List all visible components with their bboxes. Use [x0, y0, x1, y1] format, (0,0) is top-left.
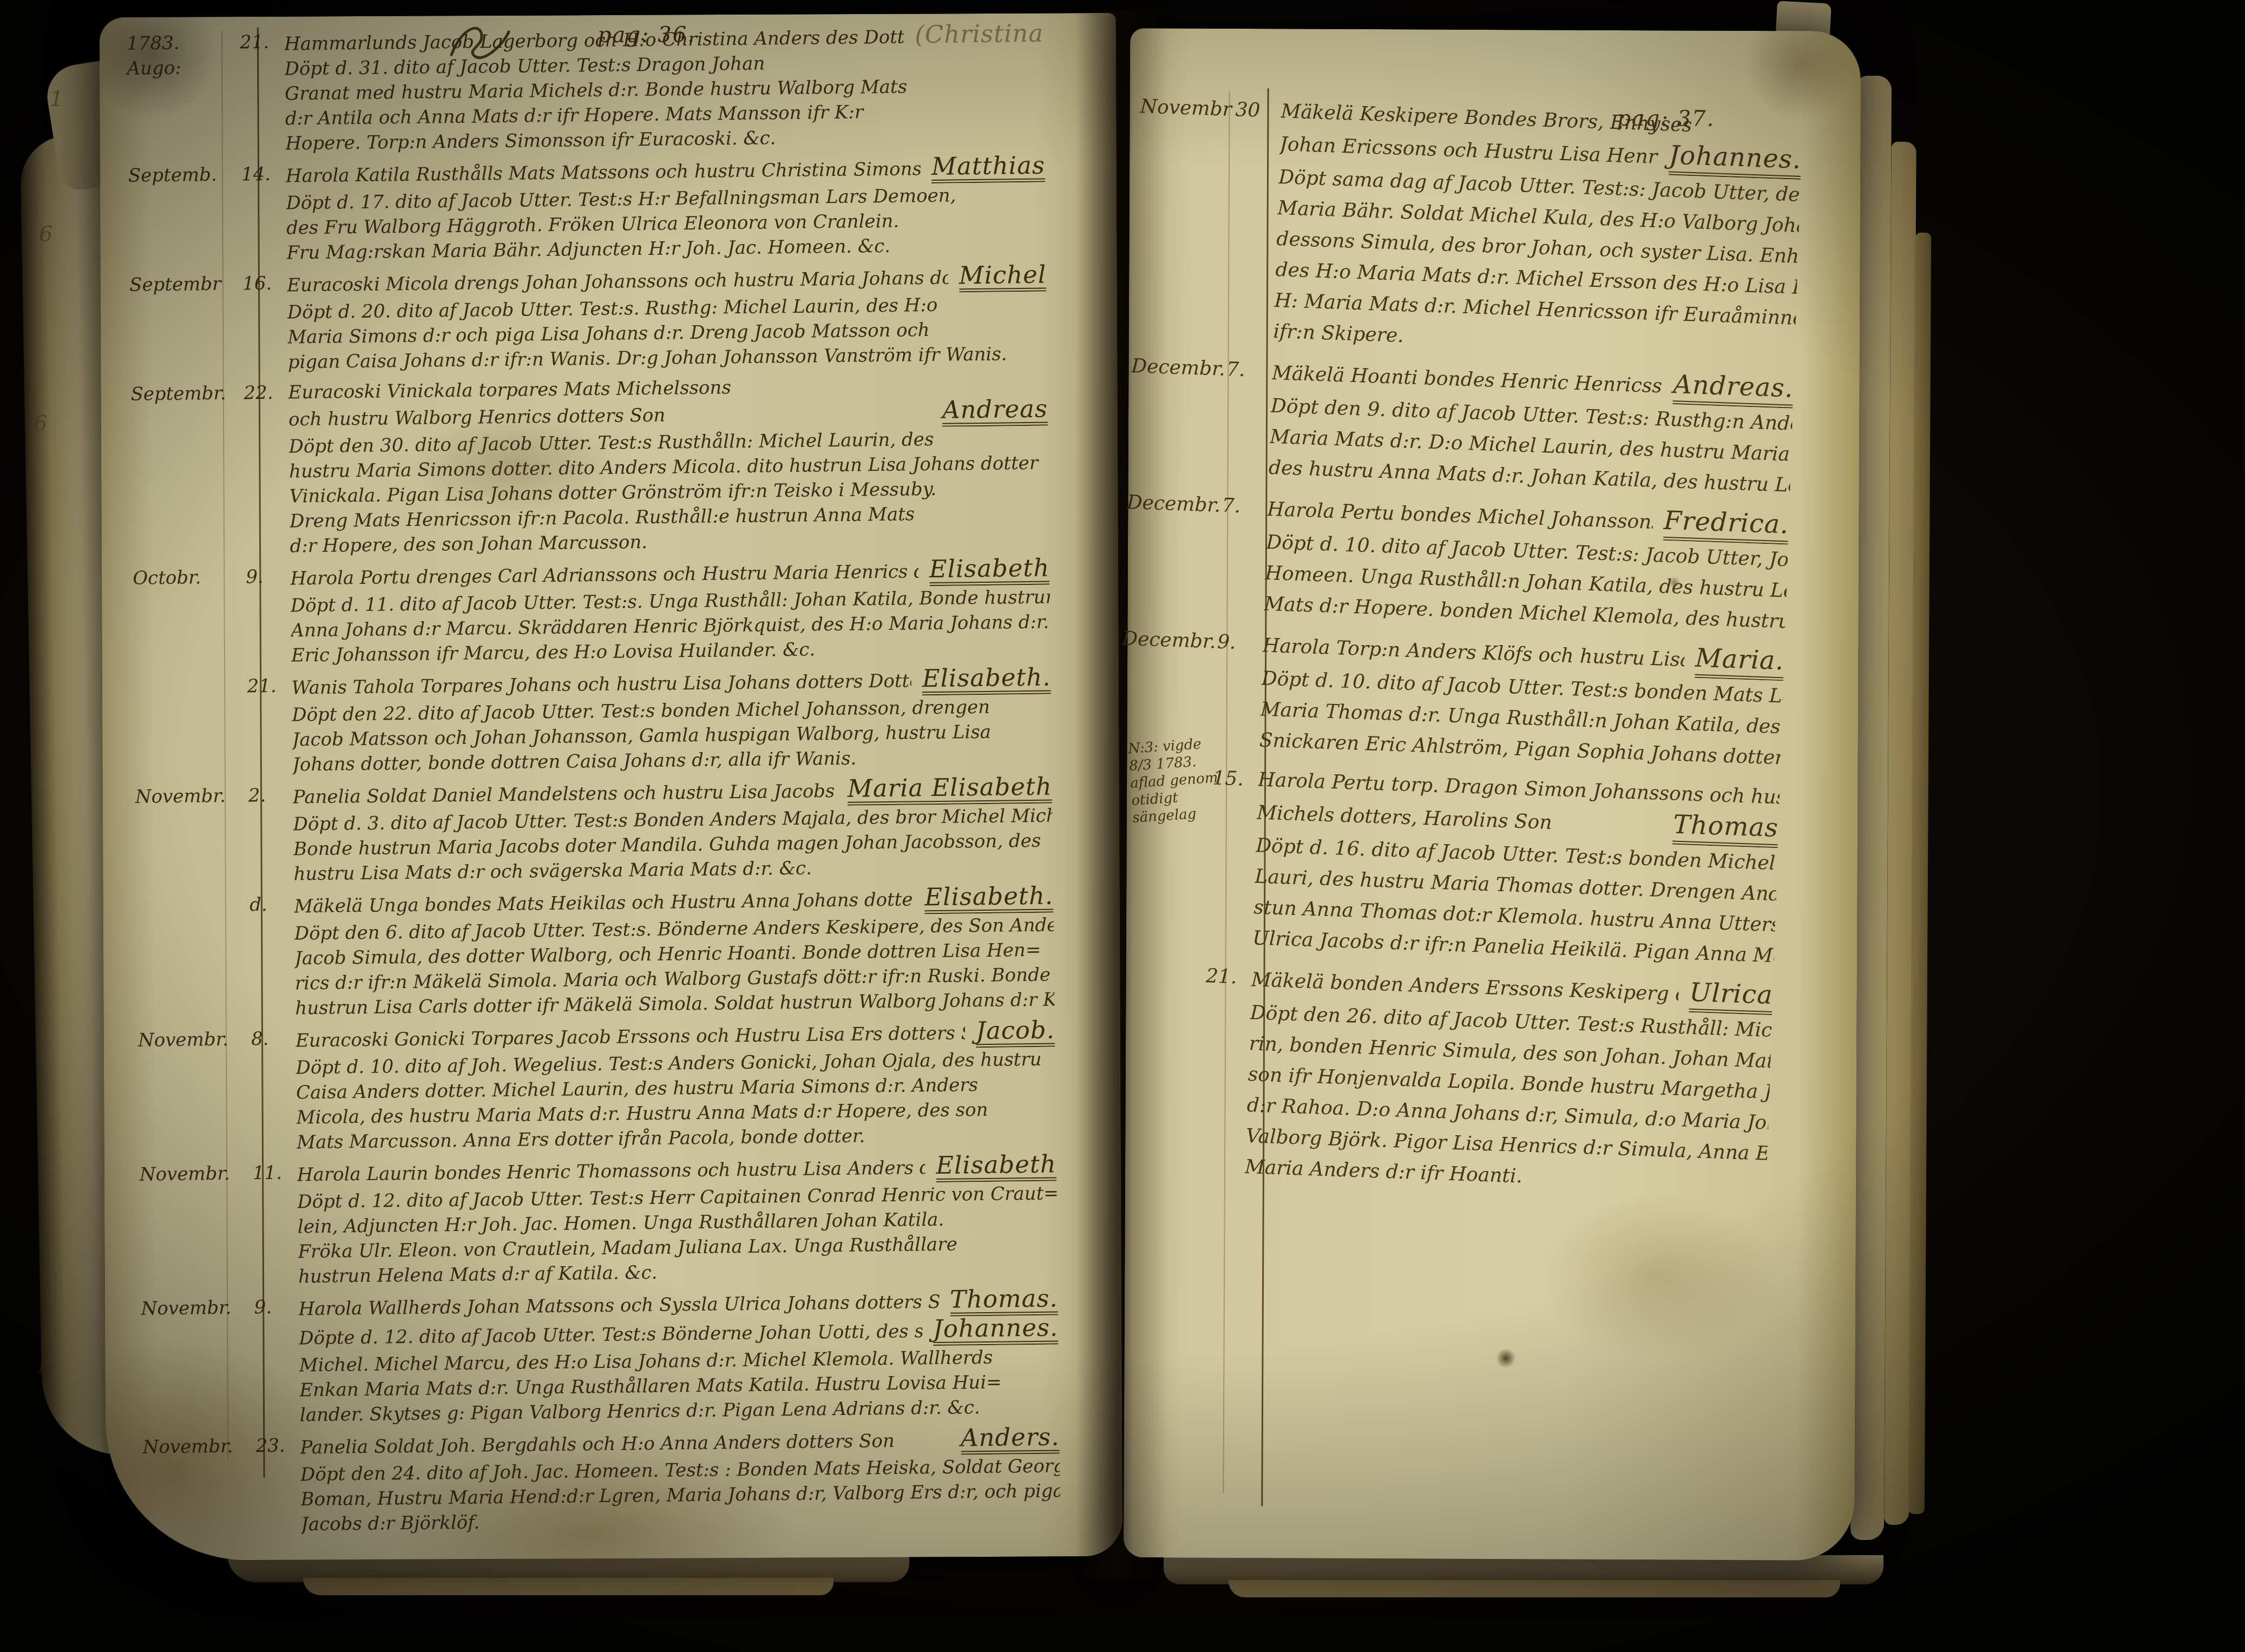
- child-name: Fredrica.: [1663, 505, 1789, 545]
- edge-mark: 6: [39, 222, 52, 247]
- entry-day: 2.: [248, 783, 288, 887]
- edge-mark: L: [38, 1353, 52, 1378]
- child-name: Anders.: [961, 1424, 1060, 1454]
- entry-line-text: Harola Laurin bondes Henric Thomassons o…: [297, 1155, 925, 1187]
- register-entry: 1783. Augo: 21. Hammarlunds Jacob Lagerb…: [123, 21, 1045, 158]
- entry-month: Septemb.: [125, 162, 237, 267]
- entry-text: Mäkelä Unga bondes Mats Heikilas och Hus…: [294, 884, 1055, 1021]
- child-name: Elisabeth.: [922, 665, 1051, 696]
- entry-month: Novembr.: [137, 1295, 250, 1429]
- register-entry: Decembr. 9. Harola Torp:n Anders Klöfs o…: [1115, 623, 1784, 774]
- child-name: Andreas: [942, 397, 1048, 427]
- entry-text: Hammarlunds Jacob Lagerborg och H:o Chri…: [284, 21, 1045, 156]
- child-name: Johannes.: [933, 1315, 1059, 1346]
- child-name: Elisabeth.: [924, 884, 1053, 914]
- entry-month: Septembr: [126, 272, 238, 377]
- entry-line-text: Euracoski Micola drengs Johan Johanssons…: [287, 266, 948, 298]
- entry-text: Harola Pertu torp. Dragon Simon Johansso…: [1252, 764, 1780, 971]
- entry-text: Wanis Tahola Torpares Johans och hustru …: [291, 665, 1052, 778]
- bottom-edge-stack-left-2: [303, 1578, 833, 1595]
- register-entry: Novembr. 11. Harola Laurin bondes Henric…: [136, 1151, 1058, 1291]
- child-name: Thomas: [1672, 809, 1779, 848]
- entry-month: Septembr.: [127, 381, 240, 561]
- child-name: Ulrica: [1689, 977, 1773, 1015]
- child-name: (Christina: [915, 21, 1043, 48]
- entry-month: Decembr.: [1120, 487, 1217, 618]
- register-entry: Septemb. 14. Harola Katila Rusthålls Mat…: [125, 153, 1046, 267]
- baptism-entries-left: 1783. Augo: 21. Hammarlunds Jacob Lagerb…: [123, 21, 1061, 1544]
- register-entry: 21. Mäkelä bonden Anders Erssons Keskipe…: [1100, 957, 1773, 1200]
- register-entry: Decembr. 7. Mäkelä Hoanti bondes Henric …: [1124, 351, 1794, 501]
- entry-text: Mäkelä Keskipere Bondes Brors, EnhysesJo…: [1273, 96, 1803, 365]
- entry-month: Novembr.: [136, 1161, 249, 1291]
- child-name: Matthias: [931, 153, 1045, 183]
- entry-day: 21.: [247, 674, 287, 778]
- register-entry: Novembr. 2. Panelia Soldat Daniel Mandel…: [132, 774, 1053, 888]
- entry-line-text: Wanis Tahola Torpares Johans och hustru …: [291, 668, 911, 700]
- entry-text: Euracoski Vinickala torpares Mats Michel…: [288, 372, 1049, 559]
- entry-text: Harola Pertu bondes Michel Johanssons oc…: [1264, 492, 1789, 637]
- entry-day: 30: [1227, 94, 1276, 346]
- baptism-entries-right: Novembr 30 Mäkelä Keskipere Bondes Brors…: [1100, 91, 1803, 1209]
- child-name: Thomas.: [950, 1286, 1058, 1316]
- entry-line-text: Panelia Soldat Daniel Mandelstens och hu…: [293, 779, 837, 809]
- entry-text: Panelia Soldat Daniel Mandelstens och hu…: [293, 774, 1053, 887]
- entry-line-text: Harola Portu drenges Carl Adrianssons oc…: [290, 559, 918, 591]
- left-page: pag: 36. 1783. Augo: 21. Hammarlunds Jac…: [100, 13, 1122, 1561]
- entry-month: [133, 892, 246, 1022]
- entry-day: 23.: [255, 1433, 296, 1537]
- entry-text: Harola Wallherds Johan Matssons och Syss…: [298, 1286, 1059, 1427]
- child-name: Jacob.: [976, 1018, 1055, 1048]
- entry-line-text: Harola Wallherds Johan Matssons och Syss…: [298, 1289, 939, 1321]
- register-entry: Novembr 30 Mäkelä Keskipere Bondes Brors…: [1129, 91, 1803, 365]
- entry-text: Euracoski Micola drengs Johan Johanssons…: [287, 262, 1047, 375]
- entry-day: 9.: [1213, 627, 1258, 755]
- entry-line-text: Harola Katila Rusthålls Mats Matssons oc…: [286, 156, 921, 188]
- entry-day: 21.: [240, 30, 280, 157]
- entry-text: Harola Katila Rusthålls Mats Matssons oc…: [286, 153, 1046, 266]
- entry-day: 8.: [251, 1026, 292, 1156]
- register-entry: Novembr. 8. Euracoski Gonicki Torpares J…: [135, 1018, 1056, 1157]
- entry-month: [1100, 957, 1201, 1181]
- entry-day: d.: [250, 892, 290, 1022]
- child-name: Andreas.: [1673, 369, 1794, 409]
- child-name: Elisabeth: [929, 556, 1050, 587]
- entry-month: Novembr: [1129, 91, 1231, 345]
- entry-text: Harola Laurin bondes Henric Thomassons o…: [297, 1151, 1058, 1289]
- entry-month: 1783. Augo:: [123, 30, 236, 158]
- entry-day: 16.: [242, 271, 283, 376]
- child-name: Johannes.: [1669, 140, 1802, 180]
- entry-day: 11.: [253, 1161, 293, 1290]
- bottom-edge-stack-right-2: [1229, 1580, 1840, 1597]
- register-entry: 15. Harola Pertu torp. Dragon Simon Joha…: [1108, 759, 1780, 971]
- register-entry: 21. Wanis Tahola Torpares Johans och hus…: [130, 665, 1052, 779]
- entry-line-text: och hustru Walborg Henrics dotters Son: [288, 400, 932, 432]
- entry-day: 7.: [1218, 490, 1263, 619]
- register-entry: Novembr. 9. Harola Wallherds Johan Matss…: [137, 1286, 1059, 1429]
- entry-text: Harola Portu drenges Carl Adrianssons oc…: [290, 556, 1051, 668]
- register-entry: Octobr. 9. Harola Portu drenges Carl Adr…: [129, 556, 1051, 670]
- entry-month: Decembr.: [1115, 623, 1212, 754]
- right-page: pag: 37. N:3: vigde 8/3 1783. aflad geno…: [1124, 28, 1861, 1561]
- entry-month: Octobr.: [129, 565, 241, 670]
- entry-day: 7.: [1223, 354, 1267, 483]
- entry-day: 9.: [254, 1295, 294, 1429]
- entry-line-text: Panelia Soldat Joh. Bergdahls och H:o An…: [300, 1428, 950, 1460]
- entry-month: Decembr.: [1124, 351, 1222, 482]
- child-name: Elisabeth: [936, 1151, 1056, 1182]
- entry-day: 9.: [246, 564, 286, 669]
- entry-day: 15.: [1207, 763, 1253, 953]
- entry-line-text: Euracoski Gonicki Torpares Jacob Erssons…: [296, 1021, 966, 1053]
- entry-day: 21.: [1199, 960, 1246, 1182]
- child-name: Maria.: [1695, 643, 1784, 681]
- entry-month: [1108, 759, 1208, 952]
- register-entry: Septembr. 22. Euracoski Vinickala torpar…: [127, 372, 1049, 561]
- scanned-register-spread: 1 6 6 L pag: 36. 1783. Augo: 21. Hammarl…: [0, 0, 2245, 1652]
- entry-month: Novembr.: [132, 784, 244, 888]
- entry-text: Mäkelä bonden Anders Erssons Keskiperg o…: [1244, 962, 1773, 1200]
- entry-day: 14.: [241, 162, 281, 266]
- entry-month: Novembr.: [139, 1433, 251, 1538]
- register-entry: Decembr. 7. Harola Pertu bondes Michel J…: [1120, 487, 1789, 637]
- edge-mark: 6: [34, 411, 47, 436]
- entry-day: 22.: [244, 380, 285, 560]
- child-name: Maria Elisabeth: [848, 774, 1053, 806]
- entry-text: Euracoski Gonicki Torpares Jacob Erssons…: [296, 1018, 1056, 1155]
- entry-text: Harola Torp:n Anders Klöfs och hustru Li…: [1259, 628, 1784, 774]
- register-entry: d. Mäkelä Unga bondes Mats Heikilas och …: [133, 884, 1055, 1023]
- entry-line-text: Döpte d. 12. dito af Jacob Utter. Test:s…: [299, 1319, 922, 1351]
- entry-month: [130, 674, 242, 779]
- entry-text: Panelia Soldat Joh. Bergdahls och H:o An…: [300, 1424, 1060, 1537]
- register-entry: Septembr 16. Euracoski Micola drengs Joh…: [126, 262, 1047, 377]
- entry-text: Mäkelä Hoanti bondes Henric Henricssons …: [1268, 356, 1794, 501]
- entry-month: Novembr.: [135, 1026, 247, 1156]
- child-name: Michel: [959, 262, 1047, 293]
- entry-line-text: Mäkelä Unga bondes Mats Heikilas och Hus…: [294, 887, 914, 919]
- edge-mark: 1: [50, 87, 63, 111]
- register-entry: Novembr. 23. Panelia Soldat Joh. Bergdah…: [139, 1424, 1060, 1538]
